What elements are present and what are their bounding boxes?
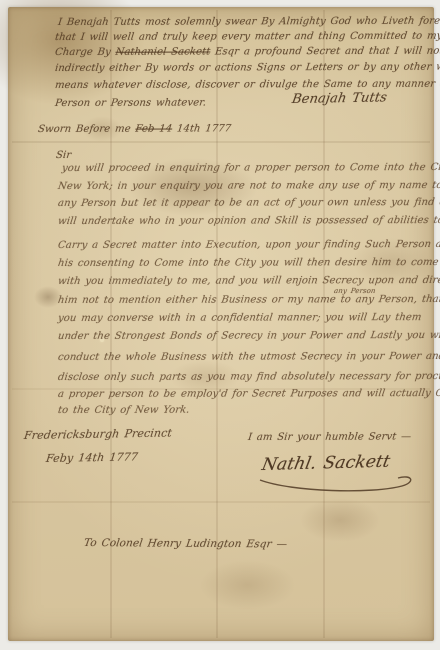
letter-line: his consenting to Come into the City you… — [57, 257, 439, 269]
letter-line: will undertake who in your opinion and S… — [57, 215, 440, 227]
oath-line: Person or Persons whatever. — [54, 97, 207, 109]
oath-line: means whatever disclose, discover or div… — [54, 79, 440, 91]
letter-line: under the Strongest Bonds of Secrecy in … — [57, 330, 440, 342]
horizontal-fold-crease-3 — [12, 501, 430, 503]
oath-line: that I will well and truly keep every ma… — [54, 31, 440, 43]
sworn-before-me-line: Sworn Before me Feb 14 14th 1777 — [37, 123, 231, 135]
date-line: Feby 14th 1777 — [45, 450, 138, 465]
oath-signature: Benajah Tutts — [291, 90, 388, 107]
closing-line: I am Sir your humble Servt — — [247, 431, 411, 443]
letter-line: Carry a Secret matter into Execution, up… — [57, 239, 440, 251]
oath-line: I Benajah Tutts most solemnly swear By A… — [57, 16, 440, 28]
letter-line: you will proceed in enquiring for a prop… — [61, 162, 440, 174]
letter-line: New York; in your enquiry you are not to… — [57, 180, 440, 192]
letter-line: any Person but let it appear to be an ac… — [57, 197, 440, 209]
letter-line: conduct the whole Business with the utmo… — [57, 351, 440, 363]
photograph-of-letter: I Benajah Tutts most solemnly swear By A… — [0, 0, 440, 650]
struck-date: Feb 14 — [135, 124, 173, 135]
letter-line: you may converse with in a confidential … — [57, 312, 422, 324]
letter-line: a proper person to be employ'd for Secre… — [57, 388, 440, 400]
letter-line: with you immediately to me, and you will… — [57, 275, 440, 287]
oath-line: Charge By Nathaniel Sackett Esqr a profo… — [54, 45, 440, 58]
letter-line: to the City of New York. — [57, 405, 190, 416]
horizontal-fold-crease-1 — [12, 141, 430, 143]
oath-line: indirectly either By words or actions Si… — [54, 62, 440, 74]
salutation: Sir — [55, 150, 71, 161]
address-line: To Colonel Henry Ludington Esqr — — [83, 537, 288, 550]
struck-text: Nathaniel Sackett — [115, 46, 211, 57]
letter-line: disclose only such parts as you may find… — [57, 371, 440, 383]
signature-flourish — [252, 470, 422, 496]
place-line: Fredericksburgh Precinct — [23, 426, 173, 442]
letter-line: him not to mention either his Business o… — [57, 294, 440, 306]
